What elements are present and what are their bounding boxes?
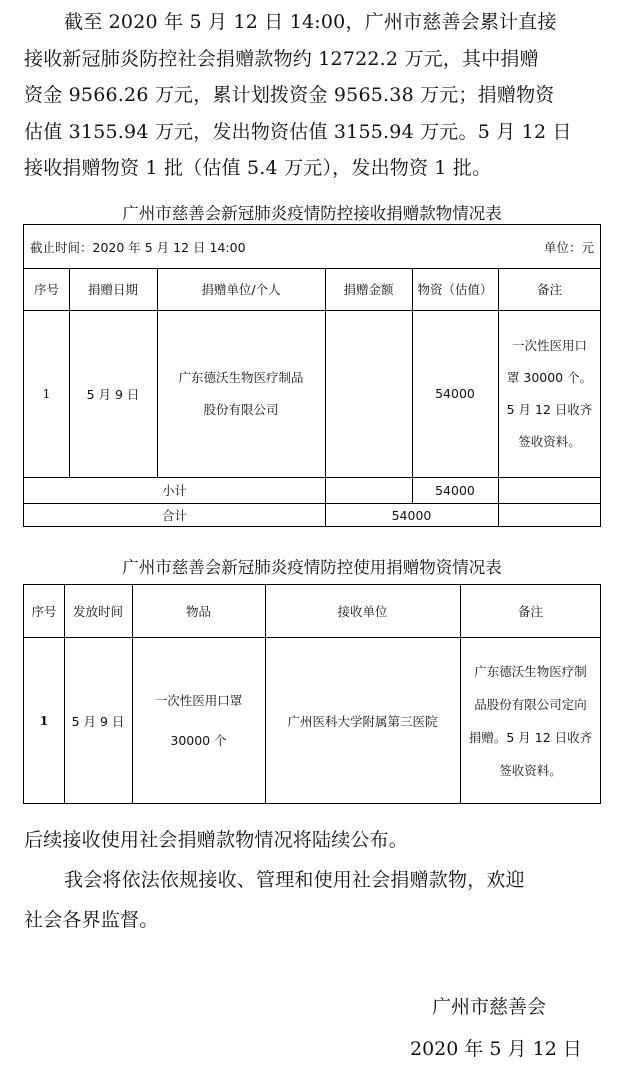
header-note: 备注	[460, 585, 601, 637]
subtotal-note	[498, 477, 601, 503]
divider	[325, 268, 326, 527]
intro-line-1: 截至 2020 年 5 月 12 日 14:00，广州市慈善会累计直接	[24, 4, 604, 41]
row-goods-value: 54000	[412, 310, 498, 477]
row-note-line-3: 捐赠。5 月 12 日收齐	[469, 721, 592, 754]
intro-line-3: 资金 9566.26 万元，累计划拨资金 9565.38 万元；捐赠物资	[24, 77, 604, 114]
divider	[265, 585, 266, 803]
receipt-table: 截止时间：2020 年 5 月 12 日 14:00 单位：元 序号 捐赠日期 …	[23, 224, 601, 527]
row-item: 一次性医用口罩 30000 个	[132, 637, 265, 804]
divider	[460, 585, 461, 803]
row-issue-date: 5 月 9 日	[64, 637, 132, 804]
row-note-line-3: 5 月 12 日收齐	[507, 394, 593, 426]
unit-label: 单位：元	[544, 225, 594, 268]
header-item: 物品	[132, 585, 265, 637]
row-index: 1	[24, 310, 69, 477]
row-note-line-4: 签收资料。	[499, 754, 562, 787]
usage-table-title: 广州市慈善会新冠肺炎疫情防控使用捐赠物资情况表	[0, 554, 624, 578]
divider	[498, 268, 499, 527]
receipt-table-title: 广州市慈善会新冠肺炎疫情防控接收捐赠款物情况表	[0, 200, 624, 224]
row-donor-line-2: 股份有限公司	[203, 394, 278, 426]
signature-org: 广州市慈善会	[432, 992, 546, 1019]
signature-date: 2020 年 5 月 12 日	[410, 1034, 582, 1061]
row-note-line-1: 一次性医用口	[512, 330, 587, 362]
closing-line-2: 我会将依法依规接收、管理和使用社会捐赠款物，欢迎	[24, 860, 604, 900]
row-note-line-1: 广东德沃生物医疗制	[474, 655, 587, 688]
subtotal-label: 小计	[24, 477, 325, 503]
header-index: 序号	[24, 585, 64, 637]
row-recipient: 广州医科大学附属第三医院	[265, 637, 460, 804]
row-note-line-2: 罩 30000 个。	[507, 362, 592, 394]
divider	[64, 585, 65, 803]
row-item-line-2: 30000 个	[170, 721, 226, 761]
intro-line-4: 估值 3155.94 万元，发出物资估值 3155.94 万元。5 月 12 日	[24, 114, 604, 151]
divider	[69, 268, 70, 477]
row-item-line-1: 一次性医用口罩	[155, 681, 243, 721]
row-note-line-4: 签收资料。	[518, 426, 581, 458]
closing-paragraph: 后续接收使用社会捐赠款物情况将陆续公布。 我会将依法依规接收、管理和使用社会捐赠…	[24, 820, 604, 940]
header-date: 捐赠日期	[69, 268, 157, 310]
total-note	[498, 503, 601, 527]
row-date: 5 月 9 日	[69, 310, 157, 477]
header-amount: 捐赠金额	[325, 268, 412, 310]
intro-line-2: 接收新冠肺炎防控社会捐赠款物约 12722.2 万元，其中捐赠	[24, 41, 604, 78]
row-note: 一次性医用口 罩 30000 个。 5 月 12 日收齐 签收资料。	[498, 310, 601, 477]
total-label: 合计	[24, 503, 325, 527]
subtotal-goods-value: 54000	[412, 477, 498, 503]
closing-line-3: 社会各界监督。	[24, 900, 604, 940]
row-donor-line-1: 广东德沃生物医疗制品	[178, 362, 303, 394]
subtotal-amount	[325, 477, 412, 503]
header-donor: 捐赠单位/个人	[157, 268, 325, 310]
closing-line-1: 后续接收使用社会捐赠款物情况将陆续公布。	[24, 820, 604, 860]
cutoff-time: 截止时间：2020 年 5 月 12 日 14:00	[30, 225, 246, 268]
total-value: 54000	[325, 503, 498, 527]
row-amount	[325, 310, 412, 477]
divider	[412, 268, 413, 503]
intro-paragraph: 截至 2020 年 5 月 12 日 14:00，广州市慈善会累计直接 接收新冠…	[24, 4, 604, 187]
divider	[157, 268, 158, 477]
row-note-line-2: 品股份有限公司定向	[474, 688, 587, 721]
header-issue-date: 发放时间	[64, 585, 132, 637]
header-recipient: 接收单位	[265, 585, 460, 637]
intro-line-5: 接收捐赠物资 1 批（估值 5.4 万元），发出物资 1 批。	[24, 150, 604, 187]
usage-table: 序号 发放时间 物品 接收单位 备注 1 5 月 9 日 一次性医用口罩 300…	[23, 584, 601, 804]
divider	[132, 585, 133, 803]
row-donor: 广东德沃生物医疗制品 股份有限公司	[157, 310, 325, 477]
header-note: 备注	[498, 268, 601, 310]
header-goods-value: 物资（估值）	[412, 268, 498, 310]
row-index: 1	[24, 637, 64, 804]
header-index: 序号	[24, 268, 69, 310]
row-note: 广东德沃生物医疗制 品股份有限公司定向 捐赠。5 月 12 日收齐 签收资料。	[460, 637, 601, 804]
